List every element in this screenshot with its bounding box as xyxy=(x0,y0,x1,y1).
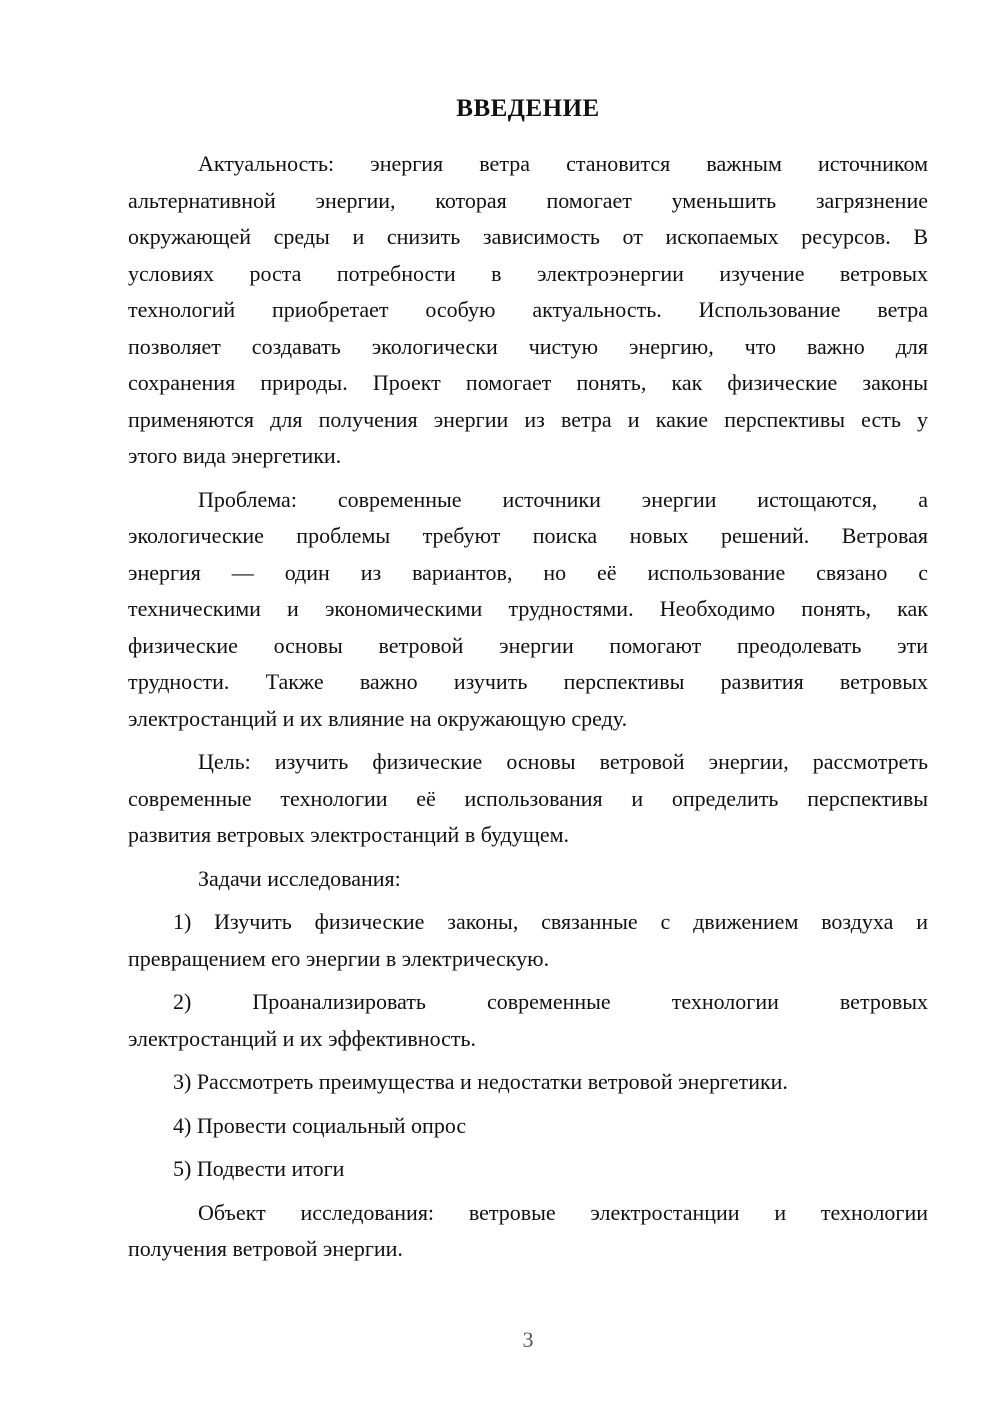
list-item: 5) Подвести итоги xyxy=(128,1151,928,1188)
paragraph: Объект исследования: ветровые электроста… xyxy=(128,1195,928,1268)
list-item: 1) Изучить физические законы, связанные … xyxy=(128,904,928,977)
text-line: современные технологии её использования … xyxy=(128,781,928,818)
list-item: 2) Проанализировать современные технолог… xyxy=(128,984,928,1057)
paragraph: Проблема: современные источники энергии … xyxy=(128,482,928,738)
text-line: Цель: изучить физические основы ветровой… xyxy=(128,744,928,781)
text-line: 1) Изучить физические законы, связанные … xyxy=(128,904,928,941)
text-line: Объект исследования: ветровые электроста… xyxy=(128,1195,928,1232)
text-line: этого вида энергетики. xyxy=(128,438,928,475)
text-line: энергия — один из вариантов, но её испол… xyxy=(128,555,928,592)
text-line: электростанций и их влияние на окружающу… xyxy=(128,701,928,738)
text-line: сохранения природы. Проект помогает поня… xyxy=(128,365,928,402)
text-line: 2) Проанализировать современные технолог… xyxy=(128,984,928,1021)
text-line: окружающей среды и снизить зависимость о… xyxy=(128,219,928,256)
paragraph: Цель: изучить физические основы ветровой… xyxy=(128,744,928,854)
list-item: 3) Рассмотреть преимущества и недостатки… xyxy=(128,1064,928,1101)
page-number: 3 xyxy=(128,1326,928,1354)
text-line: получения ветровой энергии. xyxy=(128,1231,928,1268)
paragraph: Задачи исследования: xyxy=(128,861,928,898)
document-page: ВВЕДЕНИЕ Актуальность: энергия ветра ста… xyxy=(0,0,1000,1414)
text-line: электростанций и их эффективность. xyxy=(128,1021,928,1058)
text-line: техническими и экономическими трудностям… xyxy=(128,591,928,628)
text-line: физические основы ветровой энергии помог… xyxy=(128,628,928,665)
text-line: экологические проблемы требуют поиска но… xyxy=(128,518,928,555)
paragraph: Актуальность: энергия ветра становится в… xyxy=(128,146,928,475)
text-line: условиях роста потребности в электроэнер… xyxy=(128,256,928,293)
text-line: Актуальность: энергия ветра становится в… xyxy=(128,146,928,183)
text-line: развития ветровых электростанций в будущ… xyxy=(128,817,928,854)
document-body: Актуальность: энергия ветра становится в… xyxy=(128,146,928,1275)
text-line: 5) Подвести итоги xyxy=(128,1151,928,1188)
text-line: позволяет создавать экологически чистую … xyxy=(128,329,928,366)
text-line: применяются для получения энергии из вет… xyxy=(128,402,928,439)
list-item: 4) Провести социальный опрос xyxy=(128,1108,928,1145)
text-line: Проблема: современные источники энергии … xyxy=(128,482,928,519)
page-title: ВВЕДЕНИЕ xyxy=(128,90,928,128)
text-line: 3) Рассмотреть преимущества и недостатки… xyxy=(128,1064,928,1101)
text-line: технологий приобретает особую актуальнос… xyxy=(128,292,928,329)
text-line: 4) Провести социальный опрос xyxy=(128,1108,928,1145)
text-line: альтернативной энергии, которая помогает… xyxy=(128,183,928,220)
text-line: трудности. Также важно изучить перспекти… xyxy=(128,664,928,701)
text-line: Задачи исследования: xyxy=(128,861,928,898)
text-line: превращением его энергии в электрическую… xyxy=(128,941,928,978)
